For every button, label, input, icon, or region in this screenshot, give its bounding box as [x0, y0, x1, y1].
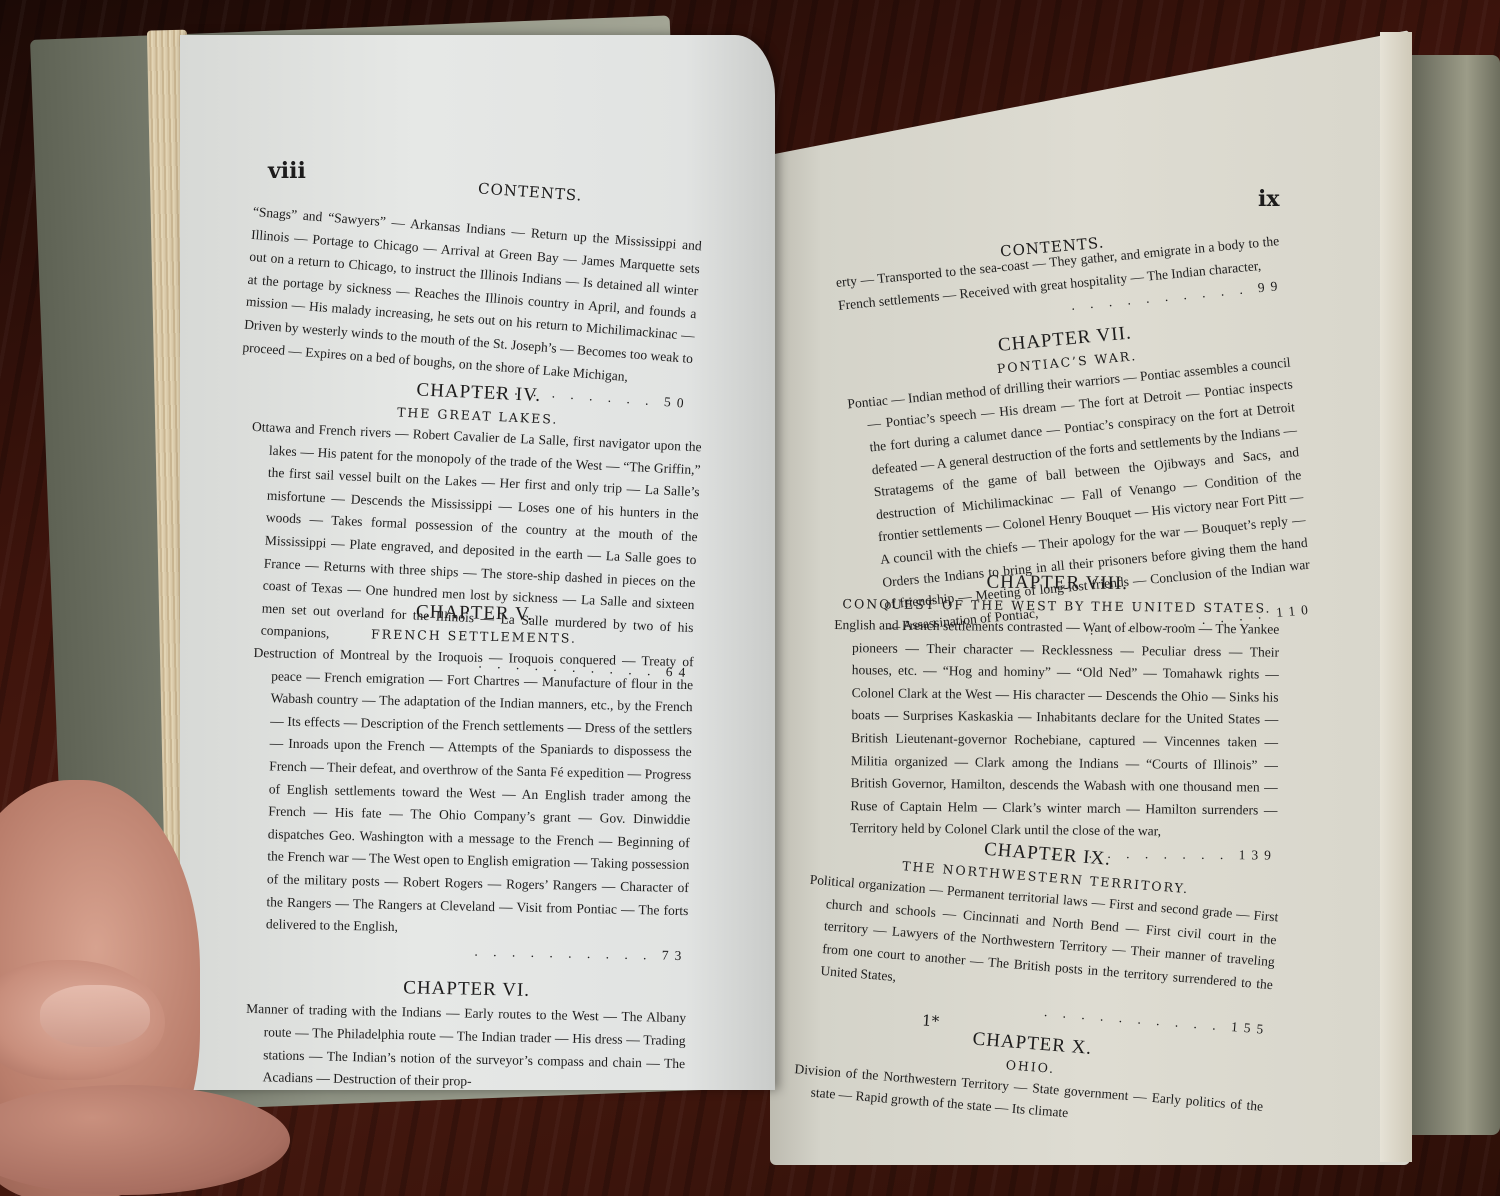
- continuation-text: “Snags” and “Sawyers” — Arkansas Indians…: [242, 204, 702, 384]
- signature-mark: 1*: [921, 1011, 939, 1030]
- thumbnail: [40, 985, 150, 1047]
- right-page-edge: [1380, 32, 1412, 1162]
- chapter-synopsis: English and French settlements contraste…: [832, 614, 1279, 845]
- right-folio: ix: [1258, 186, 1279, 212]
- left-folio: viii: [268, 158, 306, 184]
- chapter-v-vi-entries: CHAPTER V. FRENCH SETTLEMENTS. Destructi…: [245, 588, 695, 1098]
- chapter-ix-x-entries: CHAPTER IX. THE NORTHWESTERN TERRITORY. …: [792, 815, 1284, 1141]
- chapter-synopsis: Destruction of Montreal by the Iroquois …: [248, 642, 694, 945]
- photo-scene: viii CONTENTS. “Snags” and “Sawyers” — A…: [0, 0, 1500, 1196]
- chapter-synopsis: Manner of trading with the Indians — Ear…: [245, 998, 687, 1098]
